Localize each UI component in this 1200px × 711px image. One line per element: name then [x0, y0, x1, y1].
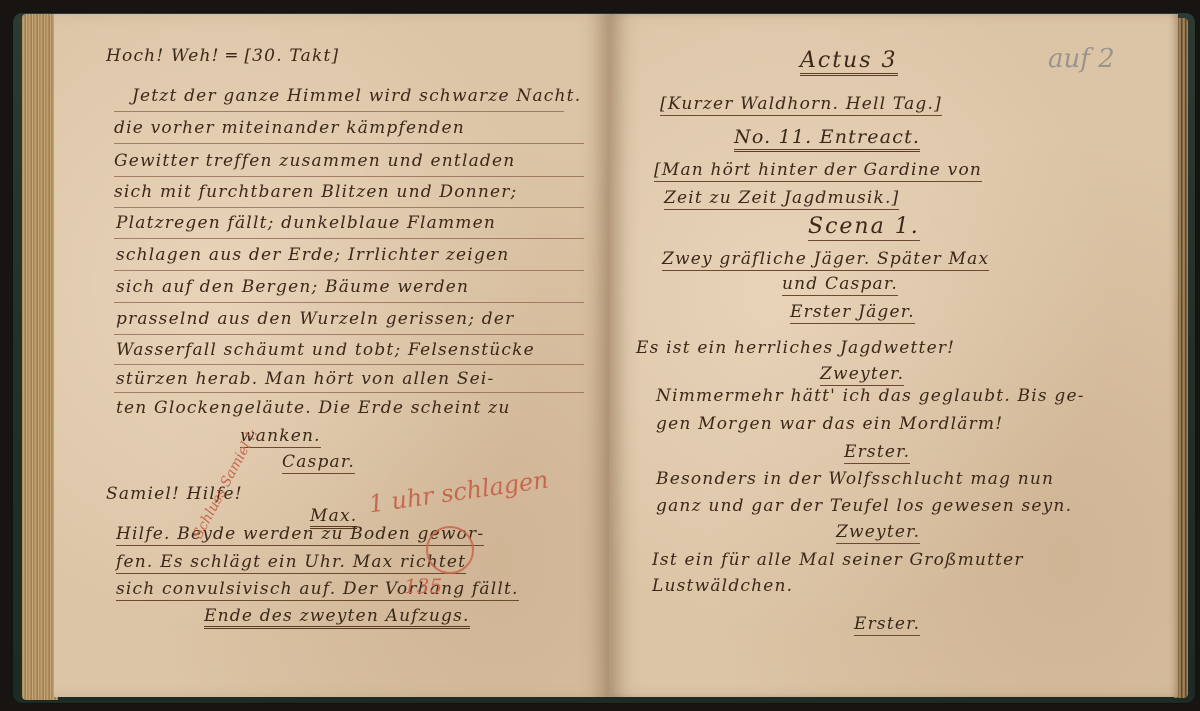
manuscript-line: prasselnd aus den Wurzeln gerissen; der [116, 309, 514, 329]
left-page: Hoch! Weh! ═ [30. Takt] Jetzt der ganze … [54, 14, 610, 697]
dialogue-line: gen Morgen war das ein Mordlärm! [656, 414, 1003, 434]
manuscript-photo: Hoch! Weh! ═ [30. Takt] Jetzt der ganze … [0, 0, 1200, 711]
speaker-name: Erster. [854, 614, 920, 636]
manuscript-line: sich auf den Bergen; Bäume werden [116, 277, 469, 297]
manuscript-line: fen. Es schlägt ein Uhr. Max richtet [116, 552, 466, 574]
manuscript-line: Jetzt der ganze Himmel wird schwarze Nac… [132, 86, 581, 106]
dialogue-line: Es ist ein herrliches Jagdwetter! [636, 338, 955, 358]
manuscript-line: Wasserfall schäumt und tobt; Felsenstück… [116, 340, 535, 360]
speaker-name: Erster. [844, 442, 910, 464]
manuscript-line: stürzen herab. Man hört von allen Sei- [116, 369, 495, 389]
dialogue-line: Ist ein für alle Mal seiner Großmutter [652, 550, 1024, 570]
speaker-name: Zweyter. [820, 364, 904, 386]
dialogue-line: Lustwäldchen. [652, 576, 793, 596]
manuscript-line: sich convulsivisch auf. Der Vorhang fäll… [116, 579, 519, 601]
character-list: Zwey gräfliche Jäger. Später Max [662, 249, 989, 271]
character-list: und Caspar. [782, 274, 898, 296]
pencil-page-note: auf 2 [1048, 44, 1115, 74]
manuscript-line: sich mit furchtbaren Blitzen und Donner; [114, 182, 517, 202]
stage-direction: [Kurzer Waldhorn. Hell Tag.] [660, 94, 942, 116]
right-page: auf 2 Actus 3 [Kurzer Waldhorn. Hell Tag… [610, 14, 1178, 697]
speaker-name: Caspar. [282, 452, 355, 474]
stage-direction: [Man hört hinter der Gardine von [654, 160, 982, 182]
dialogue-line: ganz und gar der Teufel los gewesen seyn… [656, 496, 1072, 516]
red-annotation-main: 1 uhr schlagen [367, 466, 550, 519]
number-heading: No. 11. Entreact. [734, 126, 920, 152]
left-page-edges [22, 14, 58, 700]
manuscript-line: die vorher miteinander kämpfenden [114, 118, 465, 138]
scene-heading: Scena 1. [808, 214, 920, 241]
manuscript-line: Gewitter treffen zusammen und entladen [114, 151, 515, 171]
stage-direction: Zeit zu Zeit Jagdmusik.] [664, 188, 899, 210]
speaker-name: Erster Jäger. [790, 302, 915, 324]
manuscript-line: schlagen aus der Erde; Irrlichter zeigen [116, 245, 509, 265]
act-title: Actus 3 [800, 48, 898, 76]
manuscript-line: ten Glockengeläute. Die Erde scheint zu [116, 398, 511, 418]
red-annotation-number: 135 [404, 574, 442, 598]
manuscript-line: Platzregen fällt; dunkelblaue Flammen [116, 213, 496, 233]
act-end-line: Ende des zweyten Aufzugs. [204, 606, 470, 629]
red-annotation-circle [426, 526, 474, 574]
dialogue-line: Nimmermehr hätt' ich das geglaubt. Bis g… [656, 386, 1085, 406]
dialogue-line: Besonders in der Wolfsschlucht mag nun [656, 469, 1054, 489]
speaker-name: Zweyter. [836, 522, 920, 544]
manuscript-line: Hoch! Weh! ═ [30. Takt] [106, 46, 339, 66]
